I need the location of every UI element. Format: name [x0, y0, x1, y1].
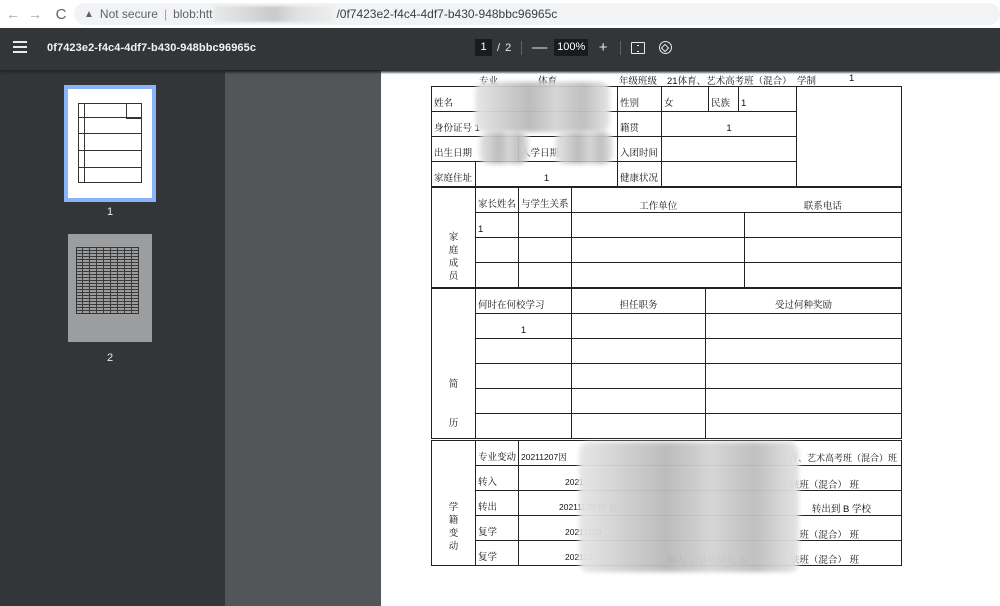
- status-section-label: 学籍变动: [432, 441, 476, 566]
- resume-table: 简历 何时在何校学习 担任职务 受过何种奖励 1: [431, 288, 902, 439]
- toolbar-shadow: [225, 70, 1000, 74]
- redacted-region: [579, 442, 799, 572]
- resume-cell: [572, 314, 706, 339]
- native-label: 籍贯: [618, 112, 662, 137]
- status-detail-right: 班（混合） 班: [799, 527, 859, 541]
- photo-cell: [797, 87, 902, 187]
- page-thumbnail-2[interactable]: [68, 234, 152, 342]
- page-number-input[interactable]: 1: [475, 39, 492, 56]
- family-cell: [572, 238, 745, 263]
- redacted-region: [475, 82, 610, 132]
- forward-icon[interactable]: →: [24, 6, 46, 22]
- redacted-url-segment: [214, 6, 334, 22]
- family-header: 与学生关系: [519, 188, 572, 213]
- status-detail-right: 铁班（混合） 班: [790, 477, 859, 491]
- url-field[interactable]: ▲ Not secure | blob:htt /0f7423e2-f4c4-4…: [74, 3, 1000, 25]
- resume-cell: [476, 339, 572, 364]
- fit-to-page-icon[interactable]: [631, 42, 645, 54]
- thumbnail-table-line: [78, 119, 142, 134]
- document-title: 0f7423e2-f4c4-4df7-b430-948bbc96965c: [47, 42, 256, 54]
- name-label: 姓名: [434, 98, 453, 109]
- duration-label: 学制: [797, 73, 816, 87]
- native-value: 1: [662, 112, 797, 137]
- zoom-out-button[interactable]: —: [532, 39, 546, 56]
- menu-icon[interactable]: [13, 41, 27, 53]
- thumbnail-sheet: [68, 89, 152, 198]
- family-header: 家长姓名: [476, 188, 519, 213]
- resume-header: 何时在何校学习: [476, 289, 572, 314]
- league-value: [662, 137, 797, 162]
- family-cell: [519, 263, 572, 288]
- status-detail-right: 转出到 B 学校: [812, 501, 871, 515]
- family-header-wide: 工作单位联系电话: [572, 188, 902, 213]
- thumbnail-table-columns: [76, 247, 139, 314]
- url-prefix: blob:htt: [173, 7, 212, 21]
- family-cell: [476, 263, 519, 288]
- resume-cell: [476, 389, 572, 414]
- url-suffix: /0f7423e2-f4c4-4df7-b430-948bbc96965c: [336, 7, 557, 21]
- grade-value: 21体育、艺术高考班（混合）: [667, 73, 792, 87]
- zoom-in-button[interactable]: +: [596, 39, 610, 56]
- redacted-region: [479, 132, 529, 164]
- thumbnail-photo-box: [126, 103, 142, 119]
- family-cell: [519, 213, 572, 238]
- duration-value: 1: [849, 73, 854, 84]
- address-label: 家庭住址: [432, 162, 476, 187]
- resume-cell: [476, 364, 572, 389]
- family-cell: [745, 213, 902, 238]
- url-divider: |: [164, 7, 167, 21]
- family-cell: 1: [476, 213, 519, 238]
- reload-icon[interactable]: C: [50, 6, 72, 23]
- resume-label-top: 简: [449, 379, 459, 390]
- thumbnail-table-line: [78, 136, 142, 151]
- status-type: 转入: [476, 466, 519, 491]
- resume-cell: [572, 364, 706, 389]
- thumbnail-table-line: [84, 103, 85, 183]
- ethnicity-label: 民族: [709, 87, 739, 112]
- toolbar-divider: [521, 41, 522, 55]
- resume-cell: [706, 414, 902, 439]
- warning-icon: ▲: [84, 9, 94, 20]
- resume-cell: [706, 339, 902, 364]
- resume-cell: [706, 364, 902, 389]
- pdf-toolbar: 0f7423e2-f4c4-4df7-b430-948bbc96965c 1 /…: [0, 28, 1000, 70]
- thumbnail-table-line: [78, 153, 142, 168]
- redacted-region: [555, 132, 613, 164]
- family-cell: [745, 238, 902, 263]
- page-separator: /: [497, 42, 500, 54]
- ethnicity-value: 1: [739, 87, 797, 112]
- thumbnail-label-2: 2: [0, 352, 220, 364]
- family-header: 联系电话: [744, 198, 901, 212]
- status-detail-right: 铁班（混合） 班: [790, 552, 859, 566]
- document-viewer[interactable]: 专业 体育 年级班级 21体育、艺术高考班（混合） 学制 1 姓名 性别 女 民…: [225, 70, 1000, 606]
- grade-label: 年级班级: [619, 73, 657, 87]
- family-cell: [745, 263, 902, 288]
- zoom-level-input[interactable]: 100%: [554, 39, 588, 56]
- resume-cell: [572, 389, 706, 414]
- family-section-label: 家庭成员: [432, 188, 476, 288]
- resume-cell: 1: [476, 314, 572, 339]
- family-cell: [476, 238, 519, 263]
- family-cell: [572, 263, 745, 288]
- security-label[interactable]: Not secure: [100, 7, 158, 21]
- resume-cell: [706, 389, 902, 414]
- status-type: 转出: [476, 491, 519, 516]
- page-controls: 1 / 2 — 100% +: [475, 39, 672, 56]
- gender-label: 性别: [618, 87, 662, 112]
- resume-cell: [706, 314, 902, 339]
- family-cell: [572, 213, 745, 238]
- health-value: [662, 162, 797, 187]
- back-icon[interactable]: ←: [2, 6, 24, 22]
- resume-section-label: 简历: [432, 289, 476, 439]
- health-label: 健康状况: [618, 162, 662, 187]
- address-value: 1: [476, 162, 618, 187]
- status-detail-left: 20211207因: [521, 452, 567, 462]
- resume-cell: [572, 339, 706, 364]
- pdf-page: 专业 体育 年级班级 21体育、艺术高考班（混合） 学制 1 姓名 性别 女 民…: [381, 70, 1000, 606]
- rotate-icon[interactable]: [659, 41, 672, 54]
- resume-header: 受过何种奖励: [706, 289, 902, 314]
- page-thumbnail-1[interactable]: [64, 85, 156, 202]
- total-pages: 2: [505, 42, 511, 54]
- family-cell: [519, 238, 572, 263]
- resume-cell: [572, 414, 706, 439]
- resume-label-bottom: 历: [449, 418, 459, 429]
- status-type: 复学: [476, 541, 519, 566]
- browser-address-bar: ← → C ▲ Not secure | blob:htt /0f7423e2-…: [0, 0, 1000, 28]
- toolbar-divider: [620, 41, 621, 55]
- gender-value: 女: [662, 87, 709, 112]
- family-table: 家庭成员 家长姓名 与学生关系 工作单位联系电话 1: [431, 187, 902, 288]
- thumbnail-label-1: 1: [0, 206, 220, 218]
- status-type: 复学: [476, 516, 519, 541]
- league-label: 入团时间: [618, 137, 662, 162]
- resume-cell: [476, 414, 572, 439]
- id-label: 身份证号: [434, 123, 472, 134]
- family-header: 工作单位: [572, 198, 744, 212]
- status-type: 专业变动: [476, 441, 519, 466]
- status-detail-right: 育、艺术高考班（混合）班: [789, 451, 897, 464]
- thumbnail-sidebar: 1 2: [0, 70, 225, 606]
- resume-header: 担任职务: [572, 289, 706, 314]
